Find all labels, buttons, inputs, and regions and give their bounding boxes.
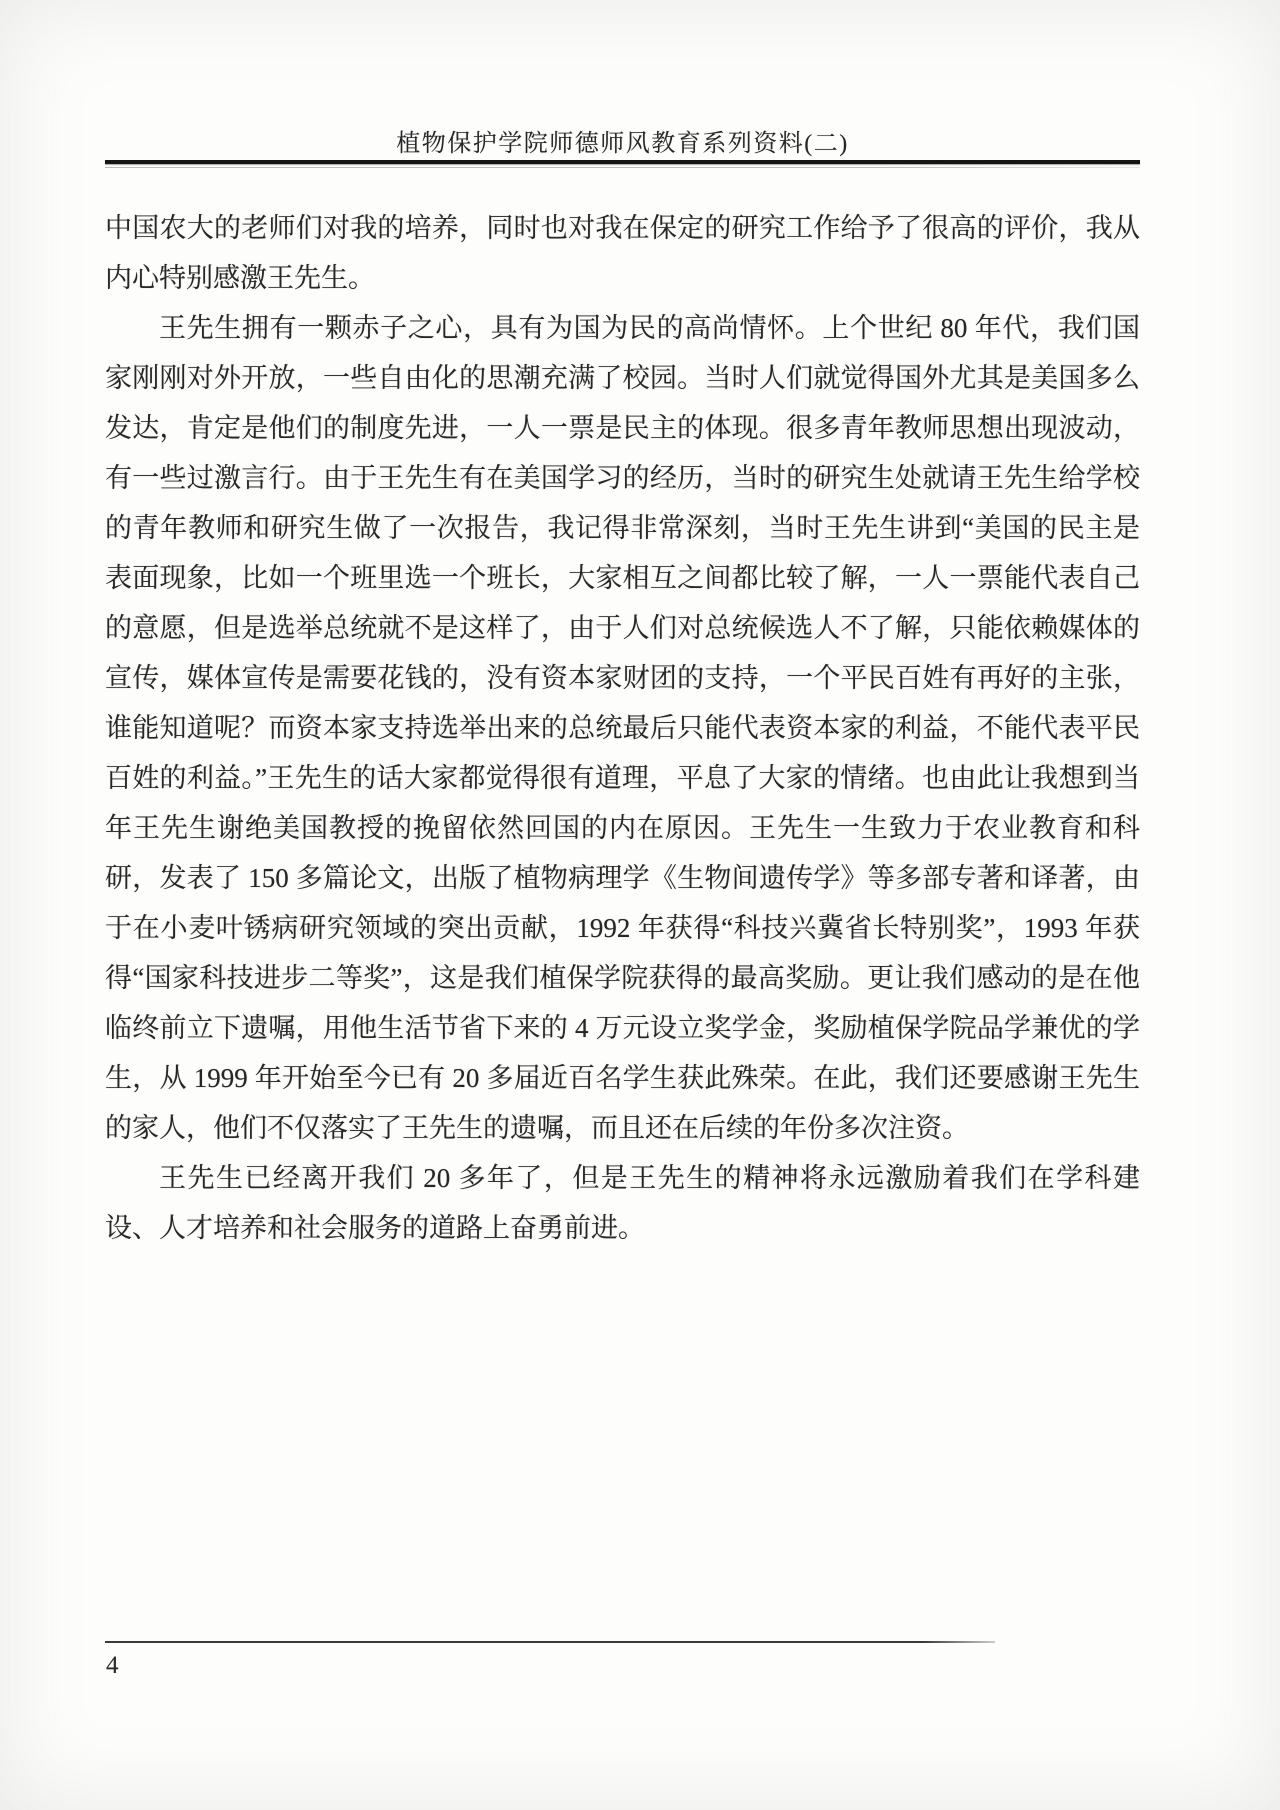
paragraph-1: 中国农大的老师们对我的培养，同时也对我在保定的研究工作给予了很高的评价，我从内心… [105, 203, 1140, 303]
footer-rule [105, 1641, 995, 1643]
paragraph-3: 王先生已经离开我们 20 多年了，但是王先生的精神将永远激励着我们在学科建设、人… [105, 1153, 1140, 1253]
header-rule-thick-line [105, 160, 1140, 164]
page-number: 4 [106, 1652, 119, 1680]
document-page: 植物保护学院师德师风教育系列资料(二) 中国农大的老师们对我的培养，同时也对我在… [0, 0, 1280, 1810]
header-rule-scan-shadow-line [105, 167, 1140, 168]
header-rule [105, 160, 1140, 170]
page-header-title: 植物保护学院师德师风教育系列资料(二) [105, 123, 1140, 158]
paragraph-2: 王先生拥有一颗赤子之心，具有为国为民的高尚情怀。上个世纪 80 年代，我们国家刚… [105, 303, 1140, 1153]
document-body: 中国农大的老师们对我的培养，同时也对我在保定的研究工作给予了很高的评价，我从内心… [105, 203, 1140, 1253]
